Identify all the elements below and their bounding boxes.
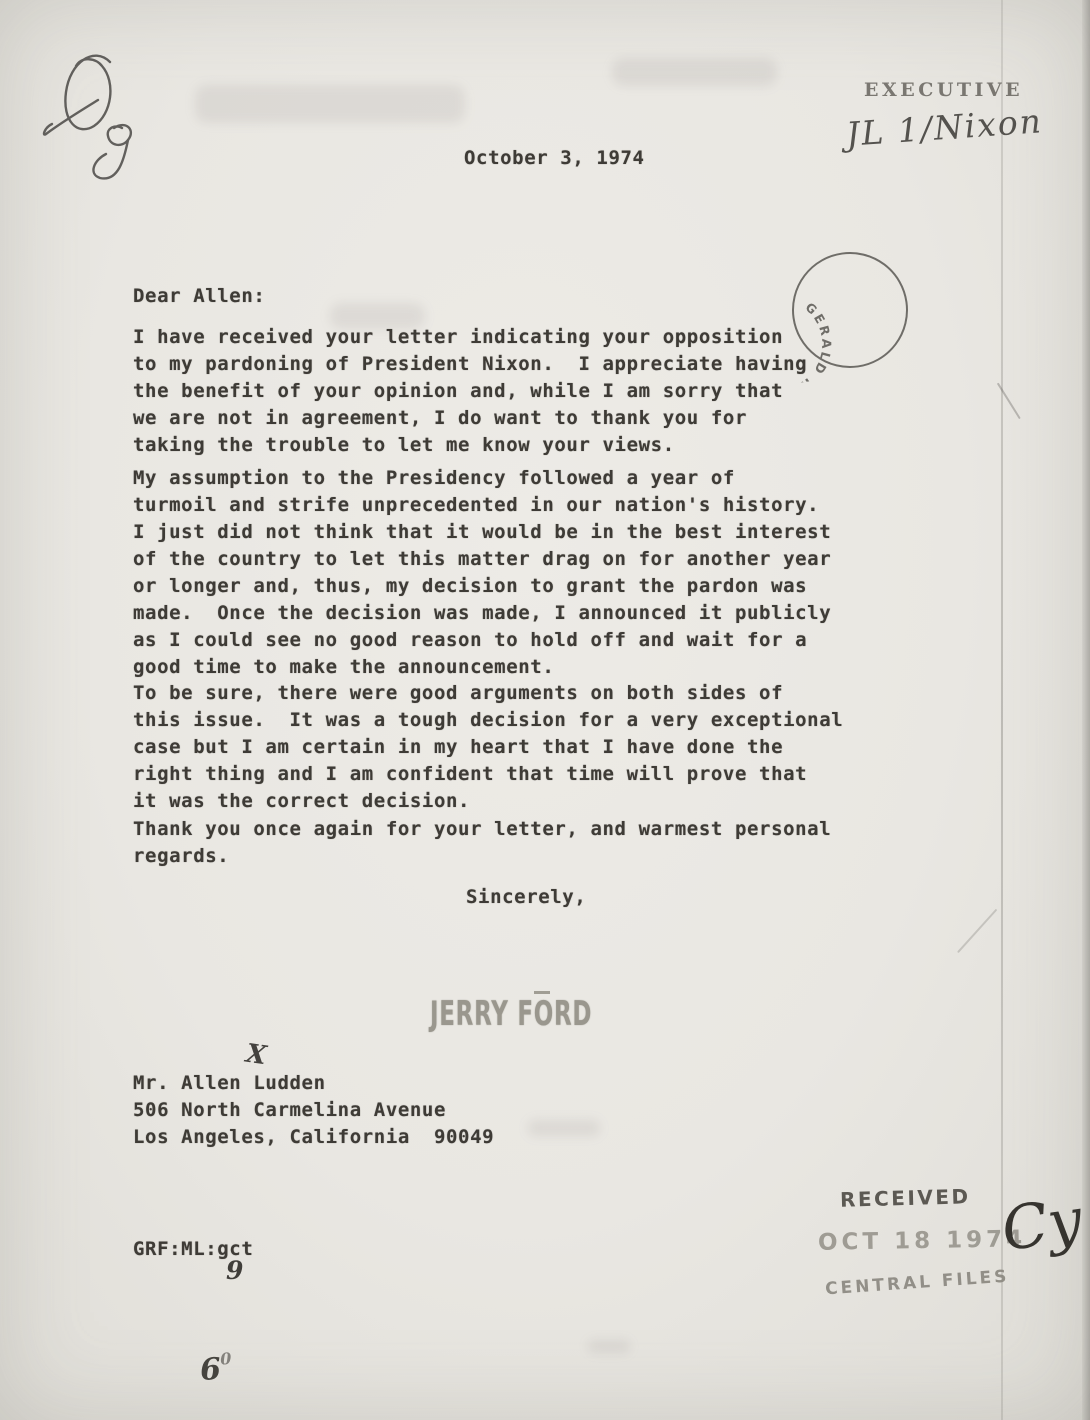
nine-mark-handwriting: 9 (226, 1256, 243, 1285)
received-date-stamp: OCT 18 1974 (818, 1226, 1027, 1256)
central-files-stamp: CENTRAL FILES (825, 1267, 1010, 1300)
recipient-address: Mr. Allen Ludden 506 North Carmelina Ave… (133, 1070, 494, 1151)
received-stamp: RECEIVED (840, 1184, 971, 1211)
ghost-smudge (528, 1120, 600, 1136)
page-mark-sup: 0 (220, 1349, 232, 1369)
closing: Sincerely, (466, 884, 586, 911)
signature-stamp: JERRY FORD (430, 995, 649, 1031)
filing-note-handwriting: JL 1/Nixon (845, 101, 1044, 154)
paper-crease (957, 909, 997, 953)
copy-mark-handwriting: Cy (998, 1185, 1087, 1265)
page-mark-handwriting: 60 (199, 1349, 234, 1388)
page-mark-base: 6 (199, 1352, 222, 1388)
ghost-smudge (588, 1340, 630, 1353)
x-mark-handwriting: X (244, 1039, 268, 1072)
letter-date: October 3, 1974 (464, 145, 645, 172)
salutation: Dear Allen: (133, 283, 265, 310)
paper-right-edge (1082, 0, 1090, 1420)
ghost-smudge (612, 58, 777, 86)
paragraph-3: To be sure, there were good arguments on… (133, 680, 843, 815)
paragraph-4: Thank you once again for your letter, an… (133, 816, 831, 870)
handwritten-initials (28, 42, 158, 192)
executive-stamp: EXECUTIVE (864, 79, 1023, 101)
signature-stamp-text: JERRY FORD (430, 995, 592, 1034)
paragraph-2: My assumption to the Presidency followed… (133, 465, 831, 681)
paragraph-1: I have received your letter indicating y… (133, 324, 807, 459)
ghost-smudge (195, 85, 465, 123)
signature-stamp-mark (534, 991, 550, 994)
letter-page: EXECUTIVE JL 1/Nixon October 3, 1974 GER… (0, 0, 1090, 1420)
